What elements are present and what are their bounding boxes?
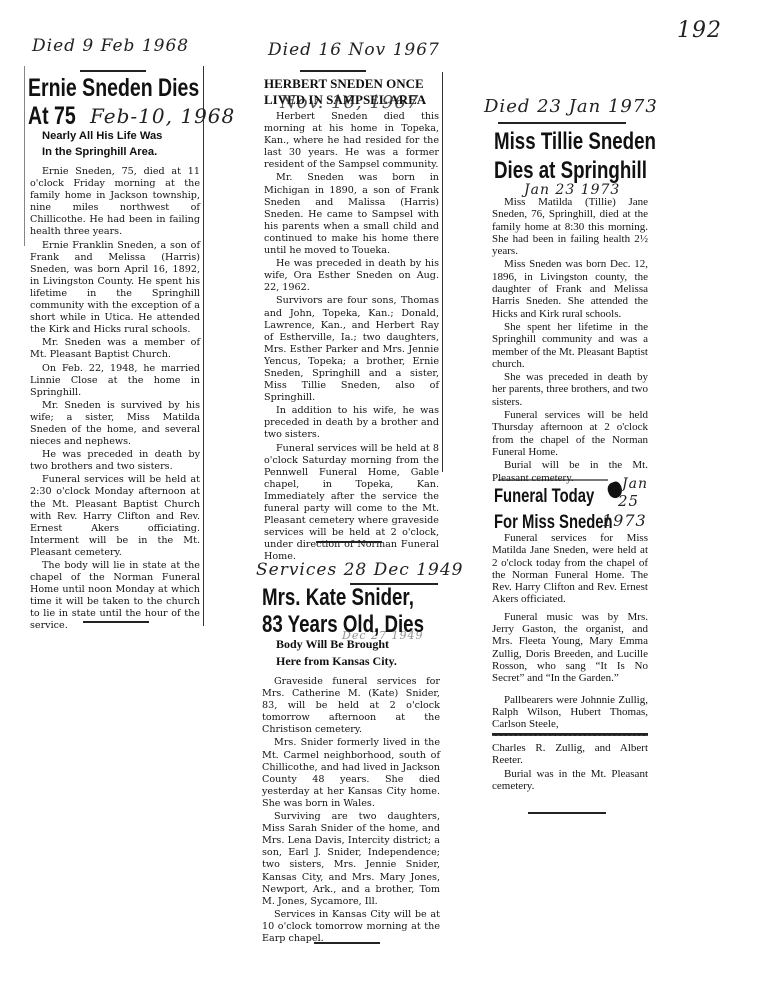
subheadline-line: In the Springhill Area. bbox=[42, 144, 162, 160]
paragraph: Mr. Sneden is survived by his wife; a si… bbox=[30, 400, 200, 448]
paragraph: Graveside funeral services for Mrs. Cath… bbox=[262, 676, 440, 736]
paragraph: Funeral services will be held Thursday a… bbox=[492, 409, 648, 458]
handwritten-date-month: Jan bbox=[622, 476, 648, 492]
page-number: 192 bbox=[677, 18, 722, 43]
clipping-tillie-funeral: Funeral Today For Miss Sneden Jan 25 197… bbox=[480, 470, 680, 830]
paragraph: Charles R. Zullig, and Albert Reeter. bbox=[492, 742, 648, 767]
headline-line: Funeral Today bbox=[494, 484, 613, 510]
article-body: Graveside funeral services for Mrs. Cath… bbox=[262, 676, 440, 945]
paragraph: Funeral services will be held at 2:30 o'… bbox=[30, 474, 200, 559]
paragraph: Ernie Sneden, 75, died at 11 o'clock Fri… bbox=[30, 166, 200, 239]
paragraph: Miss Sneden was born Dec. 12, 1896, in L… bbox=[492, 258, 648, 319]
clipping-kate-snider: Services 28 Dec 1949 Mrs. Kate Snider, 8… bbox=[250, 555, 470, 955]
paragraph: On Feb. 22, 1948, he married Linnie Clos… bbox=[30, 363, 200, 399]
handwritten-date: Feb-10, 1968 bbox=[90, 104, 235, 128]
paragraph: Funeral services will be held at 8 o'clo… bbox=[264, 443, 439, 564]
clipping-tillie-sneden: Died 23 Jan 1973 Miss Tillie Sneden Dies… bbox=[480, 90, 680, 470]
headline-line: Ernie Sneden Dies bbox=[28, 74, 199, 102]
article-body: Miss Matilda (Tillie) Jane Sneden, 76, S… bbox=[492, 196, 648, 484]
handwritten-date-day: 25 bbox=[618, 492, 639, 510]
paragraph: Herbert Sneden died this morning at his … bbox=[264, 111, 439, 171]
paragraph: Mr. Sneden was a member of Mt. Pleasant … bbox=[30, 337, 200, 361]
paragraph: Ernie Franklin Sneden, a son of Frank an… bbox=[30, 240, 200, 337]
paragraph: Funeral services for Miss Matilda Jane S… bbox=[492, 532, 648, 606]
paragraph: Burial was in the Mt. Pleasant cemetery. bbox=[492, 768, 648, 793]
paragraph: Pallbearers were Johnnie Zullig, Ralph W… bbox=[492, 694, 648, 731]
paragraph: Mr. Sneden was born in Michigan in 1890,… bbox=[264, 172, 439, 257]
paragraph: Miss Matilda (Tillie) Jane Sneden, 76, S… bbox=[492, 196, 648, 257]
paragraph: In addition to his wife, he was preceded… bbox=[264, 405, 439, 441]
article-body: Funeral services for Miss Matilda Jane S… bbox=[492, 532, 648, 792]
clipping-herbert-sneden: Died 16 Nov 1967 HERBERT SNEDEN ONCE LIV… bbox=[250, 0, 470, 560]
headline-line: HERBERT SNEDEN ONCE bbox=[264, 76, 426, 92]
paragraph: He was preceded in death by his wife, Or… bbox=[264, 258, 439, 294]
handwritten-death-note: Died 23 Jan 1973 bbox=[484, 96, 658, 117]
article-body: Ernie Sneden, 75, died at 11 o'clock Fri… bbox=[30, 166, 200, 633]
paragraph: She was preceded in death by her parents… bbox=[492, 371, 648, 408]
article-body: Herbert Sneden died this morning at his … bbox=[264, 111, 439, 563]
subheadline-line: Nearly All His Life Was bbox=[42, 128, 162, 144]
subheadline-line: Here from Kansas City. bbox=[276, 653, 397, 670]
headline: Funeral Today For Miss Sneden bbox=[494, 484, 613, 535]
handwritten-date-year: 1973 bbox=[602, 511, 647, 530]
headline-line: Miss Tillie Sneden bbox=[494, 128, 656, 157]
subheadline-line: Body Will Be Brought bbox=[276, 636, 397, 653]
handwritten-death-note: Died 16 Nov 1967 bbox=[268, 40, 440, 60]
handwritten-services-note: Services 28 Dec 1949 bbox=[256, 560, 464, 580]
subheadline: Body Will Be Brought Here from Kansas Ci… bbox=[276, 636, 397, 671]
paragraph: Services in Kansas City will be at 10 o'… bbox=[262, 909, 440, 945]
paragraph: Survivors are four sons, Thomas and John… bbox=[264, 295, 439, 404]
paragraph: Surviving are two daughters, Miss Sarah … bbox=[262, 811, 440, 908]
subheadline: Nearly All His Life Was In the Springhil… bbox=[42, 128, 162, 160]
paragraph: He was preceded in death by two brothers… bbox=[30, 449, 200, 473]
paragraph: She spent her lifetime in the Springhill… bbox=[492, 321, 648, 370]
clipping-ernie-sneden: Died 9 Feb 1968 Ernie Sneden Dies At 75 … bbox=[0, 0, 250, 640]
handwritten-death-note: Died 9 Feb 1968 bbox=[32, 36, 189, 56]
paragraph: Funeral music was by Mrs. Jerry Gaston, … bbox=[492, 611, 648, 685]
paragraph: Mrs. Snider formerly lived in the Mt. Ca… bbox=[262, 737, 440, 810]
handwritten-date: Nov. 16, 1967 bbox=[280, 92, 419, 113]
headline-line: Mrs. Kate Snider, bbox=[262, 585, 424, 612]
headline: Miss Tillie Sneden Dies at Springhill bbox=[494, 128, 656, 186]
